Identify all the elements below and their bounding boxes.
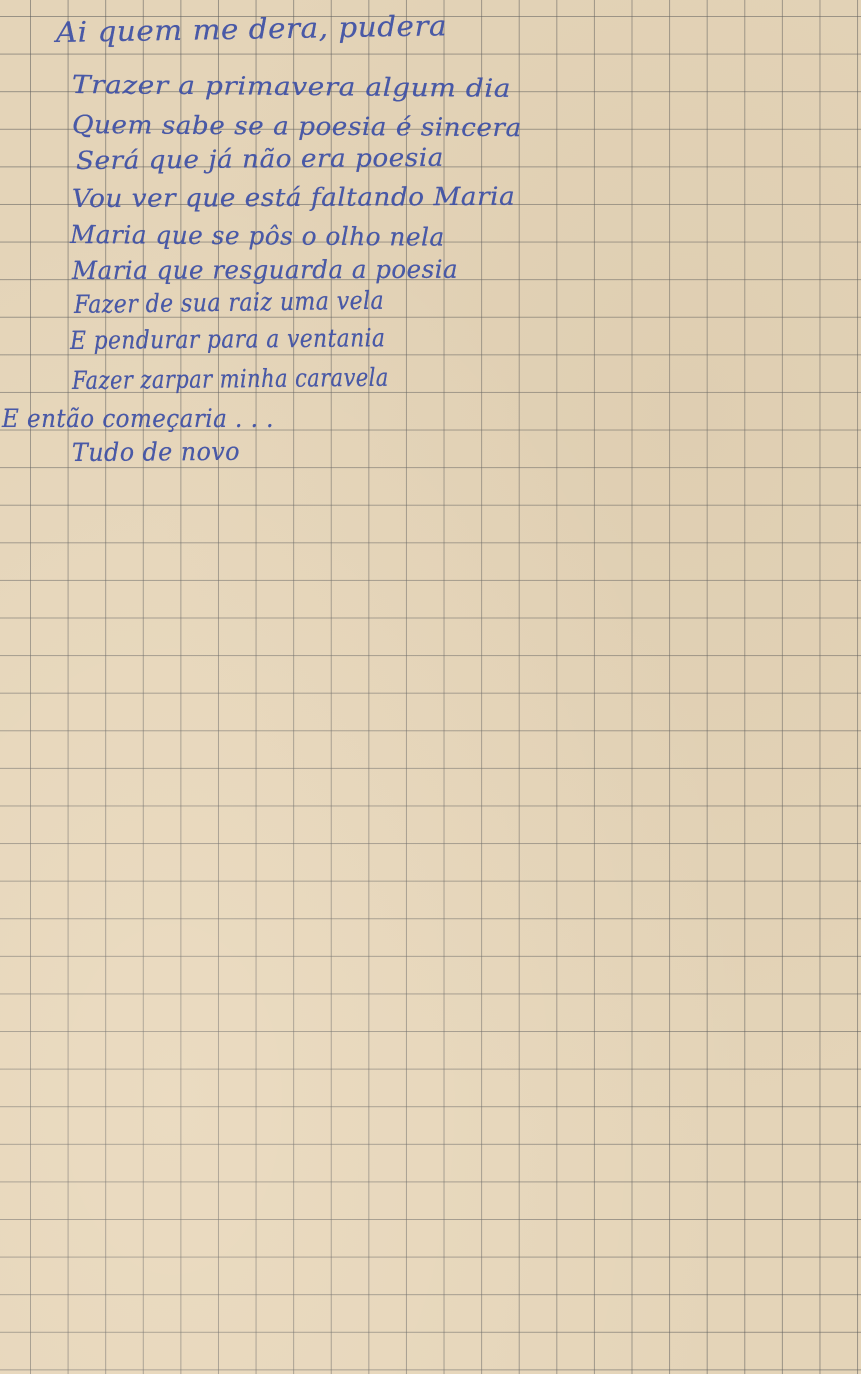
lyric-line-12: Tudo de novo bbox=[72, 437, 240, 467]
lyric-line-6: Maria que se pôs o olho nela bbox=[70, 220, 445, 252]
lyric-line-1: Ai quem me dera, pudera bbox=[56, 9, 448, 49]
lyric-line-9: E pendurar para a ventania bbox=[70, 323, 386, 355]
graph-paper-page: Ai quem me dera, pudera Trazer a primave… bbox=[0, 0, 861, 1374]
lyric-line-4: Será que já não era poesia bbox=[76, 143, 444, 175]
handwritten-lyrics: Ai quem me dera, pudera Trazer a primave… bbox=[0, 0, 861, 500]
lyric-line-3: Quem sabe se a poesia é sincera bbox=[72, 110, 522, 142]
lyric-line-2: Trazer a primavera algum dia bbox=[72, 70, 511, 103]
lyric-line-11: E então começaria . . . bbox=[2, 404, 274, 433]
lyric-line-7: Maria que resguarda a poesia bbox=[72, 255, 458, 285]
lyric-line-5: Vou ver que está faltando Maria bbox=[72, 182, 515, 213]
lyric-line-8: Fazer de sua raiz uma vela bbox=[74, 286, 384, 319]
lyric-line-10: Fazer zarpar minha caravela bbox=[72, 363, 389, 395]
